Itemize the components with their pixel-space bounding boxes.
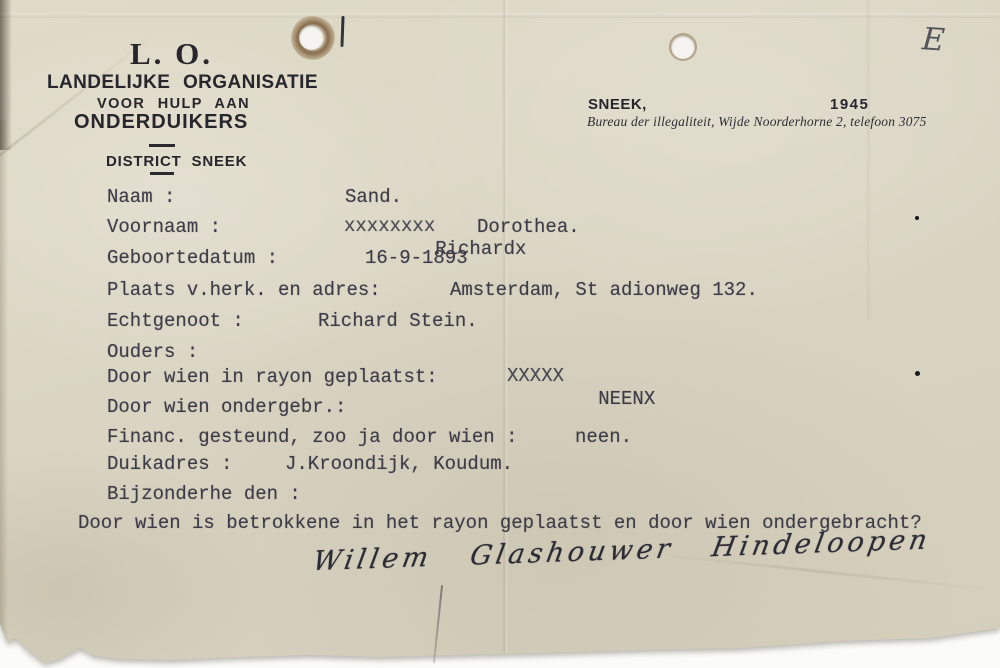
bureau-address-line: Bureau der illegaliteit, Wijde Noorderho… — [587, 114, 927, 130]
paper-background: L. O. LANDELIJKE ORGANISATIE VOOR HULP A… — [0, 0, 1000, 668]
form-row-duikadres: Duikadres : J.Kroondijk, Koudum. — [0, 453, 1000, 475]
form-row-ondergebracht: Door wien ondergebr.: — [0, 396, 1000, 418]
field-label: Geboortedatum : — [107, 247, 278, 269]
org-abbreviation: L. O. — [130, 36, 213, 72]
form-row-financ-gesteund: Financ. gesteund, zoo ja door wien : nee… — [0, 426, 1000, 448]
fold-crease-right — [866, 0, 871, 320]
form-row-echtgenoot: Echtgenoot : Richard Stein. — [0, 310, 1000, 332]
field-value: 16-9-1893 — [365, 247, 468, 269]
field-label: Bijzonderhe den : — [107, 483, 301, 505]
field-label: Door wien ondergebr.: — [107, 396, 346, 418]
field-label: Naam : — [107, 186, 175, 208]
scanned-paper-sheet: L. O. LANDELIJKE ORGANISATIE VOOR HULP A… — [0, 0, 1000, 668]
field-value: J.Kroondijk, Koudum. — [285, 453, 513, 475]
field-label: Voornaam : — [107, 216, 221, 238]
field-label: Financ. gesteund, zoo ja door wien : — [107, 426, 517, 448]
field-value: Amsterdam, St adionweg 132. — [450, 279, 758, 301]
form-row-naam: Naam : Sand. — [0, 186, 1000, 208]
field-value: Richard Stein. — [318, 310, 478, 332]
place-label: SNEEK, — [588, 96, 647, 113]
field-value: Sand. — [345, 186, 402, 208]
form-row-bijzonderheden: Bijzonderhe den : — [0, 483, 1000, 505]
form-row-rayon-geplaatst: Door wien in rayon geplaatst: NEENX XXXX… — [0, 366, 1000, 388]
form-row-geboortedatum: Geboortedatum : 16-9-1893 — [0, 247, 1000, 269]
fold-crease-top — [0, 13, 1000, 18]
paper-edge-shadow — [0, 0, 12, 150]
punch-hole-left — [299, 25, 324, 50]
year-label: 1945 — [830, 96, 869, 113]
field-label: Echtgenoot : — [107, 310, 244, 332]
field-value: neen. — [575, 426, 632, 448]
org-name-line1: LANDELIJKE ORGANISATIE — [47, 72, 318, 94]
org-name-line3: ONDERDUIKERS — [74, 111, 248, 134]
field-label: Door wien in rayon geplaatst: — [107, 366, 438, 388]
ink-dot — [915, 216, 919, 220]
form-row-plaats-adres: Plaats v.herk. en adres: Amsterdam, St a… — [0, 279, 1000, 301]
letterhead-divider — [149, 144, 175, 147]
org-name-line2: VOOR HULP AAN — [97, 96, 250, 112]
punch-hole-right — [671, 35, 695, 59]
district-label: DISTRICT SNEEK — [106, 153, 247, 170]
ink-dot — [915, 371, 920, 376]
field-value: Dorothea. — [477, 216, 580, 238]
field-label: Ouders : — [107, 341, 198, 363]
form-row-voornaam: Voornaam : Richardx xxxxxxxx Dorothea. — [0, 216, 1000, 238]
field-label: Plaats v.herk. en adres: — [107, 279, 381, 301]
form-row-ouders: Ouders : — [0, 341, 1000, 363]
district-underline — [150, 172, 174, 175]
pen-tick-mark — [340, 16, 344, 47]
handwritten-corner-mark: E — [921, 21, 946, 58]
field-label: Duikadres : — [107, 453, 232, 475]
